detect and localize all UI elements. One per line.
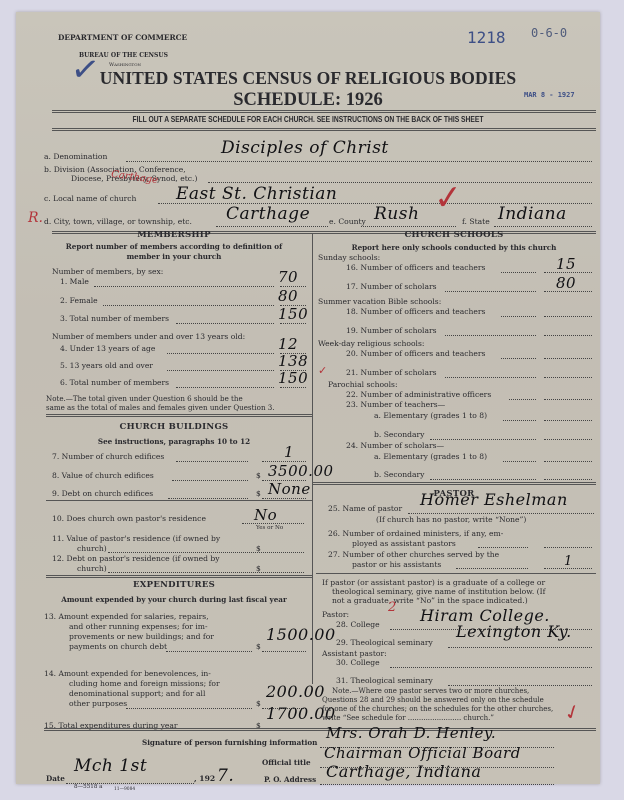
department-label: DEPARTMENT OF COMMERCE bbox=[58, 33, 187, 42]
year-prefix: , 192 bbox=[194, 774, 215, 783]
membership-subtitle-1: Report number of members according to de… bbox=[36, 242, 312, 251]
debt-residence-field[interactable] bbox=[108, 572, 304, 573]
parochial-row-field[interactable] bbox=[544, 439, 592, 440]
sunday-school-row-leader bbox=[501, 272, 537, 273]
buildings-rule bbox=[46, 575, 312, 578]
church-buildings-subtitle: See instructions, paragraphs 10 to 12 bbox=[36, 437, 312, 446]
membership-title: MEMBERSHIP bbox=[36, 230, 312, 240]
q31-field[interactable] bbox=[448, 685, 592, 686]
residence-hint: Yes or No bbox=[256, 525, 283, 531]
margin-mark: R. bbox=[28, 210, 43, 226]
expenditures-title: EXPENDITURES bbox=[36, 580, 312, 590]
state-label: f. State bbox=[462, 217, 490, 226]
census-schedule-page: DEPARTMENT OF COMMERCE BUREAU OF THE CEN… bbox=[16, 12, 600, 784]
stamp-number: 1218 bbox=[467, 28, 506, 47]
q25-hint: (If church has no pastor, write “None”) bbox=[376, 515, 526, 524]
value-residence-label-2: church) bbox=[77, 544, 107, 553]
summer-school-row-label: 18. Number of officers and teachers bbox=[346, 307, 485, 316]
membership-row-label: 1. Male bbox=[60, 277, 89, 286]
address-value[interactable]: Carthage, Indiana bbox=[326, 762, 481, 781]
q26-label-2: ployed as assistant pastors bbox=[352, 539, 456, 548]
membership-note-1: Note.—The total given under Question 6 s… bbox=[46, 394, 243, 403]
division-field[interactable] bbox=[208, 182, 592, 183]
parochial-row-leader bbox=[430, 439, 536, 440]
membership-row-line bbox=[280, 323, 306, 324]
building-row-leader bbox=[172, 480, 248, 481]
building-row-value[interactable]: 1 bbox=[284, 443, 294, 461]
weekday-school-row-label: 20. Number of officers and teachers bbox=[346, 349, 485, 358]
state-value[interactable]: Indiana bbox=[498, 204, 567, 224]
pastor-note-3: for one of the churches; on the schedule… bbox=[322, 705, 553, 713]
membership-note-2: same as the total of males and females g… bbox=[46, 403, 275, 412]
church-buildings-title: CHURCH BUILDINGS bbox=[36, 422, 312, 432]
county-line bbox=[361, 226, 456, 227]
q30-field[interactable] bbox=[390, 667, 592, 668]
denomination-line bbox=[126, 161, 592, 162]
expenditures-subtitle: Amount expended by your church during la… bbox=[36, 595, 312, 604]
q27-value[interactable]: 1 bbox=[564, 554, 573, 569]
date-value[interactable]: Mch 1st bbox=[74, 756, 147, 776]
membership-row-label: 3. Total number of members bbox=[60, 314, 169, 323]
building-row-value[interactable]: 3500.00 bbox=[268, 462, 334, 480]
q29-line bbox=[448, 647, 592, 648]
sunday-school-row-value[interactable]: 80 bbox=[556, 274, 576, 292]
building-row-currency: $ bbox=[256, 489, 261, 498]
form-code-1: 8—5518 a bbox=[74, 784, 103, 790]
sunday-school-row-label: 16. Number of officers and teachers bbox=[346, 263, 485, 272]
summer-school-row-leader bbox=[501, 316, 537, 317]
date-label: Date bbox=[46, 774, 65, 783]
sunday-school-row-label: 17. Number of scholars bbox=[346, 282, 437, 291]
q13-value[interactable]: 1500.00 bbox=[266, 625, 336, 644]
q25-label: 25. Name of pastor bbox=[328, 504, 402, 513]
header-rule bbox=[52, 110, 596, 113]
q28-label: 28. College bbox=[336, 620, 380, 629]
church-schools-title: CHURCH SCHOOLS bbox=[312, 230, 596, 240]
building-row-label: 9. Debt on church edifices bbox=[52, 489, 153, 498]
schools-rule bbox=[312, 482, 596, 485]
membership-row-value[interactable]: 150 bbox=[278, 305, 308, 323]
membership-age-row-label: 4. Under 13 years of age bbox=[60, 344, 155, 353]
building-row-leader bbox=[168, 498, 248, 499]
membership-age-row-leader bbox=[176, 387, 274, 388]
footer-rule bbox=[44, 728, 596, 731]
q13-label-line: provements or new buildings; and for bbox=[69, 632, 214, 641]
parochial-row-label: a. Elementary (grades 1 to 8) bbox=[374, 411, 487, 420]
value-residence-field[interactable] bbox=[108, 552, 304, 553]
q25-line bbox=[408, 513, 594, 514]
state-line bbox=[494, 226, 592, 227]
parochial-row-label: b. Secondary bbox=[374, 430, 424, 439]
address-label: P. O. Address bbox=[264, 775, 316, 784]
q31-label: 31. Theological seminary bbox=[336, 676, 433, 685]
graduate-note-2: theological seminary, give name of insti… bbox=[332, 587, 545, 596]
weekday-school-row-field[interactable] bbox=[544, 358, 592, 359]
instructions-banner: FILL OUT A SEPARATE SCHEDULE FOR EACH CH… bbox=[69, 115, 548, 124]
value-residence-label-1: 11. Value of pastor's residence (if owne… bbox=[52, 534, 220, 543]
membership-row-leader bbox=[94, 286, 274, 287]
weekday-school-row-leader bbox=[445, 377, 536, 378]
membership-row-value[interactable]: 70 bbox=[278, 268, 298, 286]
red-check-footer-icon: ✓ bbox=[560, 698, 584, 726]
city-line bbox=[216, 226, 328, 227]
parochial-schools-label: Parochial schools: bbox=[328, 380, 398, 389]
q26-field[interactable] bbox=[544, 547, 592, 548]
summer-school-row-label: 19. Number of scholars bbox=[346, 326, 437, 335]
weekday-schools-label: Week-day religious schools: bbox=[318, 339, 424, 348]
pastor-note-4: write “See schedule for ................… bbox=[322, 714, 494, 722]
signature-value[interactable]: Mrs. Orah D. Henley. bbox=[326, 724, 496, 742]
weekday-school-row-leader bbox=[501, 358, 537, 359]
membership-age-row-value[interactable]: 138 bbox=[278, 352, 308, 370]
summer-school-row-field[interactable] bbox=[544, 316, 592, 317]
q26-leader bbox=[478, 547, 528, 548]
parochial-row-field[interactable] bbox=[544, 461, 592, 462]
membership-age-row-value[interactable]: 150 bbox=[278, 369, 308, 387]
sunday-school-row-value[interactable]: 15 bbox=[556, 255, 576, 273]
q14-value[interactable]: 200.00 bbox=[266, 682, 325, 701]
membership-rule bbox=[46, 414, 312, 417]
sunday-school-row-leader bbox=[445, 291, 536, 292]
local-name-value[interactable]: East St. Christian bbox=[176, 184, 337, 204]
q14-label-line: denominational support; and for all bbox=[69, 689, 205, 698]
summer-school-row-leader bbox=[445, 335, 536, 336]
pastor-mid-rule bbox=[316, 573, 596, 574]
pastor-note-1: Note.—Where one pastor serves two or mor… bbox=[332, 687, 529, 695]
form-title: UNITED STATES CENSUS OF RELIGIOUS BODIES bbox=[16, 68, 600, 89]
parochial-row-field[interactable] bbox=[544, 399, 592, 400]
q30-label: 30. College bbox=[336, 658, 380, 667]
red-tick-icon: ✓ bbox=[318, 364, 327, 377]
parochial-row-leader bbox=[430, 479, 536, 480]
building-row-value[interactable]: None bbox=[268, 480, 311, 498]
form-subtitle: SCHEDULE: 1926 bbox=[16, 90, 600, 111]
membership-age-row-label: 5. 13 years old and over bbox=[60, 361, 153, 370]
county-value[interactable]: Rush bbox=[374, 204, 419, 224]
q29-value[interactable]: Lexington Ky. bbox=[456, 622, 572, 641]
banner-rule bbox=[52, 128, 596, 131]
parochial-row-label: b. Secondary bbox=[374, 470, 424, 479]
by-age-label: Number of members under and over 13 year… bbox=[52, 332, 245, 341]
building-row-currency: $ bbox=[256, 471, 261, 480]
parochial-row-leader bbox=[503, 420, 536, 421]
by-sex-label: Number of members, by sex: bbox=[52, 267, 163, 276]
pastor-mark: 2 bbox=[388, 600, 396, 615]
q14-label-line: cluding home and foreign missions; for bbox=[69, 679, 220, 688]
membership-age-row-value[interactable]: 12 bbox=[278, 335, 298, 353]
year-suffix[interactable]: 7. bbox=[217, 766, 234, 786]
membership-age-row-leader bbox=[167, 370, 274, 371]
q13-label-line: payments on church debt bbox=[69, 642, 167, 651]
membership-row-leader bbox=[176, 323, 274, 324]
q13-currency: $ bbox=[256, 642, 261, 651]
assistant-pastor-label: Assistant pastor: bbox=[322, 649, 387, 658]
weekday-school-row-field[interactable] bbox=[544, 377, 592, 378]
parochial-row-field[interactable] bbox=[544, 479, 592, 480]
membership-row-value[interactable]: 80 bbox=[278, 287, 298, 305]
building-row-label: 8. Value of church edifices bbox=[52, 471, 154, 480]
weekday-school-row-label: 21. Number of scholars bbox=[346, 368, 437, 377]
membership-subtitle-2: member in your church bbox=[36, 252, 312, 261]
parochial-row-leader bbox=[509, 399, 536, 400]
q27-label-2: pastor or his assistants bbox=[352, 560, 441, 569]
parochial-row-label: 24. Number of scholars— bbox=[346, 441, 444, 450]
building-row-leader bbox=[176, 461, 248, 462]
membership-row-label: 2. Female bbox=[60, 296, 98, 305]
form-code-2: 11—9084 bbox=[114, 787, 135, 792]
address-line bbox=[320, 784, 554, 785]
q13-leader bbox=[166, 651, 252, 652]
q27-label-1: 27. Number of other churches served by t… bbox=[328, 550, 499, 559]
parochial-row-leader bbox=[503, 461, 536, 462]
parochial-row-label: 23. Number of teachers— bbox=[346, 400, 445, 409]
q29-label: 29. Theological seminary bbox=[336, 638, 433, 647]
parochial-row-label: 22. Number of administrative officers bbox=[346, 390, 491, 399]
official-title-label: Official title bbox=[262, 758, 311, 767]
signature-label: Signature of person furnishing informati… bbox=[142, 738, 317, 747]
q14-label-line: other purposes bbox=[69, 699, 127, 708]
debt-residence-label-1: 12. Debt on pastor's residence (if owned… bbox=[52, 554, 220, 563]
local-name-label: c. Local name of church bbox=[44, 194, 136, 203]
q14-leader bbox=[126, 708, 252, 709]
pastor-label: Pastor: bbox=[322, 610, 349, 619]
official-title-value[interactable]: Chairman Official Board bbox=[324, 744, 521, 762]
residence-label: 10. Does church own pastor's residence bbox=[52, 514, 206, 523]
parochial-row-field[interactable] bbox=[544, 420, 592, 421]
graduate-note-1: If pastor (or assistant pastor) is a gra… bbox=[322, 578, 545, 587]
summer-schools-label: Summer vacation Bible schools: bbox=[318, 297, 441, 306]
graduate-note-3: not a graduate, write “No” in the space … bbox=[332, 596, 528, 605]
church-schools-subtitle: Report here only schools conducted by th… bbox=[312, 243, 596, 252]
stamp-code: 0-6-0 bbox=[531, 26, 567, 40]
denomination-label: a. Denomination bbox=[44, 152, 107, 161]
membership-age-row-leader bbox=[167, 353, 274, 354]
debt-residence-label-2: church) bbox=[77, 564, 107, 573]
city-label: d. City, town, village, or township, etc… bbox=[44, 217, 192, 226]
membership-row-leader bbox=[103, 305, 274, 306]
parochial-row-label: a. Elementary (grades 1 to 8) bbox=[374, 452, 487, 461]
buildings-mid-rule bbox=[46, 500, 312, 501]
county-label: e. County bbox=[329, 217, 366, 226]
denomination-value[interactable]: Disciples of Christ bbox=[221, 138, 389, 158]
summer-school-row-field[interactable] bbox=[544, 335, 592, 336]
membership-age-row-label: 6. Total number of members bbox=[60, 378, 169, 387]
pastor-note-2: Questions 28 and 29 should be answered o… bbox=[322, 696, 544, 704]
building-row-label: 7. Number of church edifices bbox=[52, 452, 164, 461]
q27-leader bbox=[456, 568, 528, 569]
q14-label-line: 14. Amount expended for benevolences, in… bbox=[44, 669, 211, 678]
q13-label-line: 13. Amount expended for salaries, repair… bbox=[44, 612, 209, 621]
sunday-schools-label: Sunday schools: bbox=[318, 253, 380, 262]
membership-age-row-line bbox=[280, 387, 306, 388]
red-check-mark-icon: ✓ bbox=[433, 177, 464, 219]
q13-label-line: and other running expenses; for im- bbox=[69, 622, 208, 631]
q14-currency: $ bbox=[256, 699, 261, 708]
column-divider bbox=[312, 234, 313, 684]
residence-value[interactable]: No bbox=[254, 506, 277, 524]
q13-line bbox=[262, 651, 306, 652]
building-row-line bbox=[262, 498, 306, 499]
city-value[interactable]: Carthage bbox=[226, 204, 310, 224]
q25-value[interactable]: Homer Eshelman bbox=[420, 490, 568, 509]
q26-label-1: 26. Number of ordained ministers, if any… bbox=[328, 529, 503, 538]
